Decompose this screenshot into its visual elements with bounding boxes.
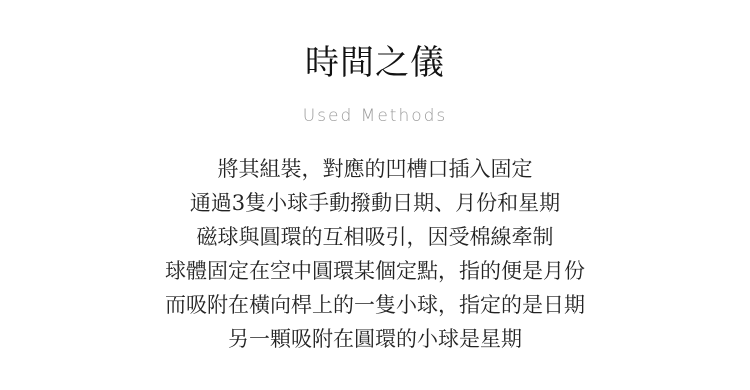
description-text: 將其組裝，對應的凹槽口插入固定 通過3隻小球手動撥動日期、月份和星期 磁球與圓環… (0, 152, 750, 356)
used-methods-section: 時間之儀 Used Methods 將其組裝，對應的凹槽口插入固定 通過3隻小球… (0, 0, 750, 390)
description-line: 球體固定在空中圓環某個定點，指的便是月份 (0, 254, 750, 288)
description-line: 另一顆吸附在圓環的小球是星期 (0, 322, 750, 356)
description-line: 磁球與圓環的互相吸引，因受棉線牽制 (0, 220, 750, 254)
section-subtitle: Used Methods (0, 105, 750, 127)
section-title: 時間之儀 (0, 41, 750, 85)
description-line: 通過3隻小球手動撥動日期、月份和星期 (0, 186, 750, 220)
description-line: 將其組裝，對應的凹槽口插入固定 (0, 152, 750, 186)
description-line: 而吸附在橫向桿上的一隻小球，指定的是日期 (0, 288, 750, 322)
